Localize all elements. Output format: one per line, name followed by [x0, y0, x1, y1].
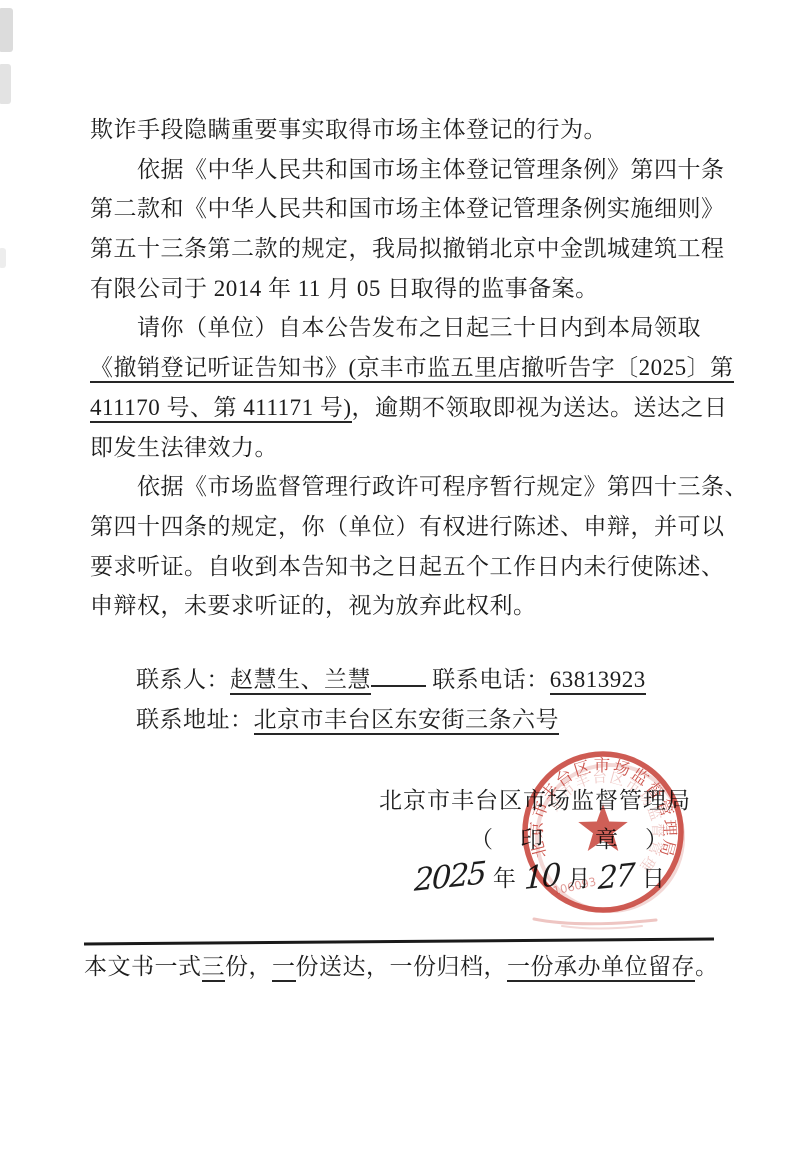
contact-person-label: 联系人： — [136, 667, 230, 692]
body-line: 申辩权，未要求听证的，视为放弃此权利。 — [90, 586, 730, 626]
scan-artifact — [0, 8, 13, 52]
body-line: 请你（单位）自本公告发布之日起三十日内到本局领取 — [90, 308, 730, 348]
document-body: 欺诈手段隐瞒重要事实取得市场主体登记的行为。 依据《中华人民共和国市场主体登记管… — [90, 110, 730, 626]
footer-divider — [84, 938, 714, 946]
seal-star-icon — [578, 804, 627, 851]
contact-block: 联系人：赵慧生、兰慧 联系电话：63813923 联系地址：北京市丰台区东安街三… — [90, 660, 750, 740]
body-line: 411170 号、第 411171 号)，逾期不领取即视为送达。送达之日 — [90, 388, 730, 428]
body-text: 第二款和《中华人民共和国市场主体登记管理条例实施细则》 — [90, 196, 725, 221]
footer-text: 份， — [225, 954, 272, 979]
date-year-handwritten: 2025 — [414, 855, 486, 899]
contact-person-row: 联系人：赵慧生、兰慧 联系电话：63813923 — [90, 660, 750, 700]
body-line: 第五十三条第二款的规定，我局拟撤销北京中金凯城建筑工程 — [90, 229, 730, 269]
contact-address-label: 联系地址： — [136, 707, 254, 732]
body-text: 依据《市场监督管理行政许可程序暂行规定》第四十三条、 — [137, 474, 748, 499]
seal-smear — [534, 919, 656, 924]
body-text: 依据《中华人民共和国市场主体登记管理条例》第四十条 — [137, 157, 725, 182]
body-text: ，逾期不领取即视为送达。送达之日 — [352, 395, 728, 420]
seal-code: 106093 — [552, 874, 598, 898]
underlined-text: 411170 号、第 411171 号) — [90, 395, 352, 423]
footer-text: 份送达，一份归档， — [296, 954, 508, 979]
blank-underline — [371, 665, 426, 687]
contact-address-value: 北京市丰台区东安街三条六号 — [254, 707, 560, 735]
underlined-text: 一份承办单位留存 — [507, 954, 695, 982]
contact-phone-label: 联系电话： — [432, 667, 550, 692]
body-line: 欺诈手段隐瞒重要事实取得市场主体登记的行为。 — [90, 110, 730, 150]
body-line: 依据《中华人民共和国市场主体登记管理条例》第四十条 — [90, 150, 730, 190]
body-text: 有限公司于 2014 年 11 月 05 日取得的监事备案。 — [90, 276, 599, 301]
body-text: 欺诈手段隐瞒重要事实取得市场主体登记的行为。 — [90, 117, 607, 142]
body-line: 即发生法律效力。 — [90, 428, 730, 468]
contact-phone-value: 63813923 — [550, 667, 646, 695]
body-text: 要求听证。自收到本告知书之日起五个工作日内未行使陈述、 — [90, 554, 725, 579]
scan-artifact — [0, 248, 6, 268]
underlined-text: 三 — [202, 954, 226, 982]
body-line: 《撤销登记听证告知书》(京丰市监五里店撤听告字〔2025〕第 — [90, 348, 730, 388]
scan-artifact — [0, 64, 11, 104]
footer-text: 本文书一式 — [84, 954, 202, 979]
contact-person-value: 赵慧生、兰慧 — [230, 667, 371, 695]
body-line: 要求听证。自收到本告知书之日起五个工作日内未行使陈述、 — [90, 547, 730, 587]
official-seal: 北京市丰台区市场监督管理局 北京市丰台区市场监督管理局 106093 — [502, 733, 704, 935]
document-page: 欺诈手段隐瞒重要事实取得市场主体登记的行为。 依据《中华人民共和国市场主体登记管… — [0, 0, 800, 1153]
body-text: 即发生法律效力。 — [90, 435, 278, 460]
body-text: 第五十三条第二款的规定，我局拟撤销北京中金凯城建筑工程 — [90, 236, 725, 261]
body-text: 第四十四条的规定，你（单位）有权进行陈述、申辩，并可以 — [90, 514, 725, 539]
body-text: 请你（单位）自本公告发布之日起三十日内到本局领取 — [137, 315, 701, 340]
body-line: 依据《市场监督管理行政许可程序暂行规定》第四十三条、 — [90, 467, 730, 507]
footer-note: 本文书一式三份，一份送达，一份归档，一份承办单位留存。 — [84, 948, 719, 986]
body-text: 申辩权，未要求听证的，视为放弃此权利。 — [90, 593, 537, 618]
body-line: 有限公司于 2014 年 11 月 05 日取得的监事备案。 — [90, 269, 730, 309]
body-line: 第二款和《中华人民共和国市场主体登记管理条例实施细则》 — [90, 189, 730, 229]
underlined-text: 一 — [272, 954, 296, 982]
body-line: 第四十四条的规定，你（单位）有权进行陈述、申辩，并可以 — [90, 507, 730, 547]
seal-smear — [562, 926, 642, 929]
footer-text: 。 — [695, 954, 719, 979]
underlined-text: 《撤销登记听证告知书》(京丰市监五里店撤听告字〔2025〕第 — [90, 355, 734, 383]
